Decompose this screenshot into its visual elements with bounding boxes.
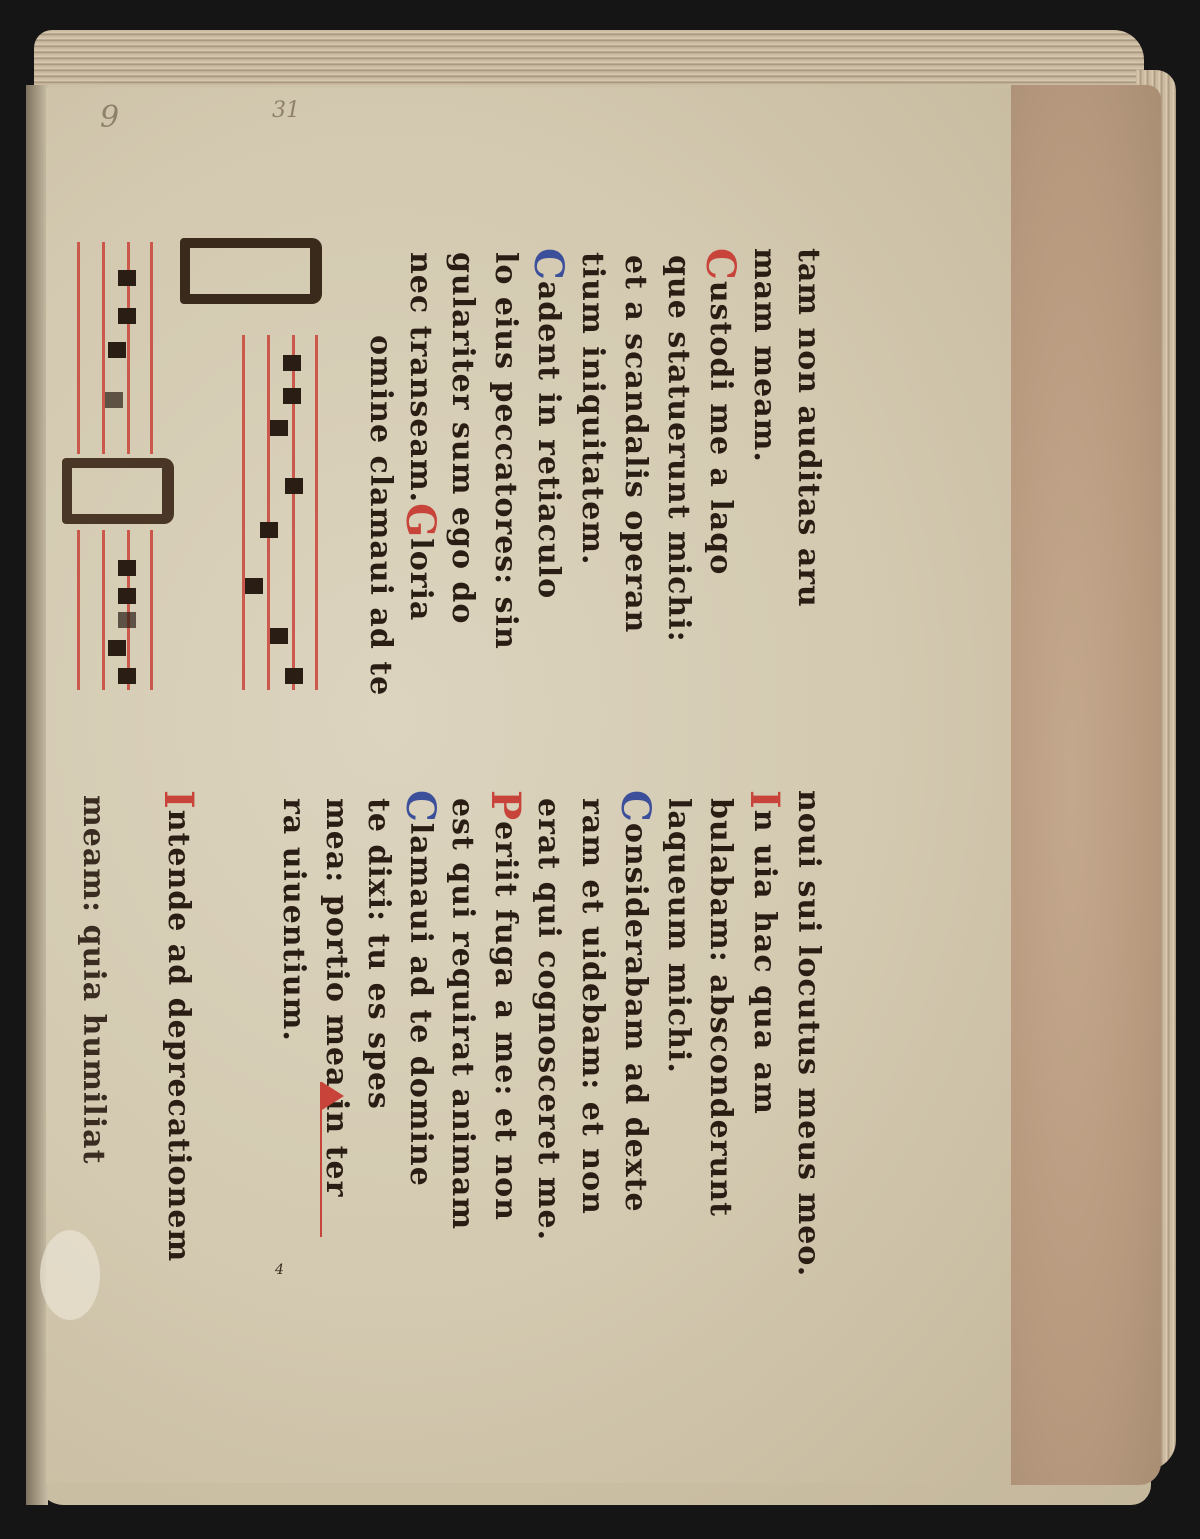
staff-line [127, 530, 130, 690]
music-note [270, 420, 288, 436]
text-line: gulariter sum ego do [444, 252, 480, 624]
music-note [270, 628, 288, 644]
red-initial: C [697, 248, 744, 281]
red-initial: P [482, 790, 529, 821]
text-line: mea: portio mea in ter [318, 798, 354, 1197]
text-line: In uia hac qua am [746, 790, 782, 1115]
music-note [118, 270, 136, 286]
text-line: et a scandalis operan [617, 255, 653, 633]
text-line: Periit fuga a me: et non [487, 790, 523, 1221]
pencil-mark-number: 31 [272, 98, 300, 123]
music-note [118, 560, 136, 576]
staff-line [242, 335, 245, 690]
page-edges-top [34, 30, 1144, 92]
music-note [118, 668, 136, 684]
music-note [285, 668, 303, 684]
text-line: Intende ad deprecationem [160, 790, 196, 1262]
text-line: bulabam: absconderunt [702, 798, 738, 1217]
red-initial: G [397, 503, 444, 538]
music-note [283, 355, 301, 371]
red-correction-arrow [322, 1082, 344, 1110]
text-line: meam: quia humiliat [75, 795, 111, 1164]
text-line: te dixi: tu es spes [360, 798, 396, 1110]
pencil-mark-folio: 9 [100, 100, 119, 135]
staff-line [102, 242, 105, 454]
music-note [108, 342, 126, 358]
text-line: lo eius peccatores: sin [487, 252, 523, 650]
music-note [283, 388, 301, 404]
text-line: tium iniquitatem. [574, 252, 610, 565]
staff-line [102, 530, 105, 690]
cover-turn-in [1011, 85, 1161, 1485]
music-note [260, 522, 278, 538]
staff-line [150, 530, 153, 690]
decorated-initial-d-secondary [62, 458, 174, 524]
music-note [118, 612, 136, 628]
blue-initial: C [525, 248, 572, 281]
decorated-initial-d [180, 238, 322, 304]
text-line: mam meam. [746, 248, 782, 463]
text-line: omine clamaui ad te [362, 335, 398, 696]
text-line: ra uiuentium. [275, 798, 311, 1042]
music-note [118, 588, 136, 604]
small-ink-mark: 4 [275, 1262, 284, 1278]
vellum-stain [40, 1230, 100, 1320]
music-note [105, 392, 123, 408]
text-line: ram et uidebam: et non [574, 798, 610, 1215]
text-line: Clamaui ad te domine [402, 790, 438, 1187]
text-line: laqueum michi. [660, 798, 696, 1074]
text-line: que statuerunt michi: [660, 255, 696, 643]
staff-line [315, 335, 318, 690]
staff-line [150, 242, 153, 454]
text-line: nec transeam.Gloria [402, 252, 438, 621]
music-note [285, 478, 303, 494]
music-note [245, 578, 263, 594]
text-line: noui sui locutus meus meo. [790, 790, 826, 1277]
text-line: erat qui cognosceret me. [530, 798, 566, 1241]
text-line: tam non auditas aru [790, 248, 826, 608]
staff-line [77, 242, 80, 454]
red-initial: I [741, 790, 788, 810]
text-line: Considerabam ad dexte [617, 790, 653, 1213]
text-line: Custodi me a laqo [702, 248, 738, 575]
red-initial: I [155, 790, 202, 810]
music-note [108, 640, 126, 656]
blue-initial: C [612, 790, 659, 823]
music-note [118, 308, 136, 324]
text-line: est qui requirat animam [444, 798, 480, 1230]
staff-line [77, 530, 80, 690]
text-line: Cadent in retiaculo [530, 248, 566, 599]
blue-initial: C [397, 790, 444, 823]
